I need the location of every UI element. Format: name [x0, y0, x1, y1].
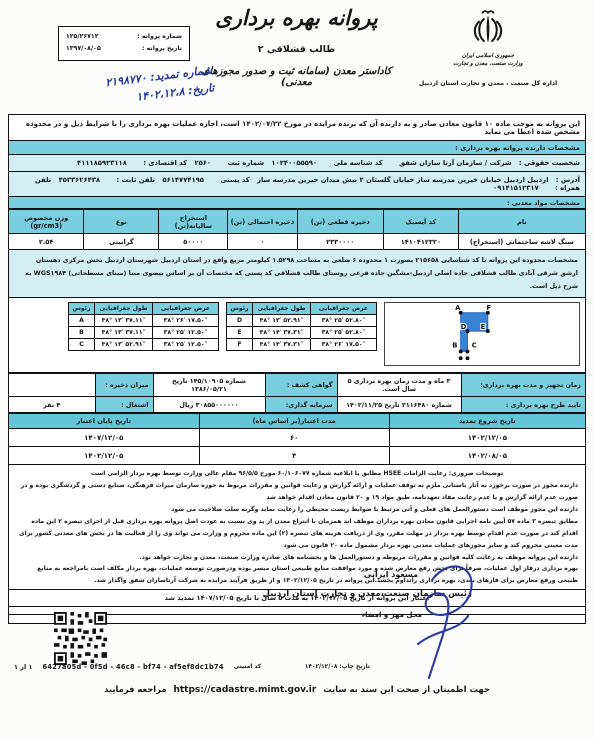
mineral-type: گرانیتی [84, 234, 159, 250]
verification-line: جهت اطمینان از صحت این سند به سایت https… [0, 684, 594, 695]
renewal-end-header: تاریخ پایان اعتبار [9, 414, 199, 429]
employment-value: ۴ نفر [9, 397, 95, 413]
coord-row-f: ۳۸° ۲۶′ ۱۷.۵۰″ ۴۸° ۱۴′ ۳۷.۳۱″ F [227, 339, 377, 351]
discovery-cert-label: گواهی کشف : [265, 374, 337, 397]
page-number: ۱ از ۱ [14, 663, 32, 671]
vertex-label-a: A [455, 304, 461, 312]
c-vertex: C [69, 339, 95, 351]
mine-name: طالب قشلاقی ۲ [199, 44, 394, 55]
col-type: نوع [84, 210, 159, 234]
investment-label: سرمایه گذاری: [265, 397, 337, 413]
license-body: این پروانه به موجب ماده ۱۰ قانون معادن ص… [8, 114, 586, 624]
boundary-map: A F D E B C [384, 302, 580, 366]
details-row-1: زمان تجهیز و مدت بهره برداری: ۳ ماه و مد… [9, 374, 585, 397]
equip-duration-label: زمان تجهیز و مدت بهره برداری: [461, 374, 585, 397]
mineral-isic: ۱۴۱۰۴۱۲۳۲۰ [383, 234, 458, 250]
def-vertex-header: رئوس [227, 303, 253, 315]
vertex-label-b: B [452, 342, 457, 350]
national-id-value: ۱۰۲۴۰۰۵۵۵۹۰ [271, 159, 317, 167]
note-article57: مطابق تبصره ۳ ماده ۵۷ آیین نامه اجرایی ق… [16, 516, 578, 552]
mobile-value: ۰۹۱۴۱۵۱۲۳۱۷ [493, 184, 539, 192]
coordinates-section: A F D E B C عرض جغرافیایی طول جغرافیایی … [9, 298, 585, 373]
economic-code-value: ۴۱۱۱۸۵۹۲۳۱۱۸ [77, 159, 127, 167]
coordinates-table-def: عرض جغرافیایی طول جغرافیایی رئوس ۳۸° ۲۵′… [226, 302, 377, 351]
b-lon: ۴۸° ۱۳′ ۳۷.۱۱″ [95, 327, 153, 339]
note-environment: دارنده این مجوز موظف است دستورالعمل های … [16, 504, 578, 516]
license-number-value: ۱۲۵/۲۶۷۱۲ [66, 31, 98, 43]
a-lat: ۳۸° ۲۶′ ۱۷.۵۰″ [153, 315, 219, 327]
def-lat-header: عرض جغرافیایی [311, 303, 377, 315]
holder-section-band: مشخصات دارنده پروانه بهره برداری : [9, 141, 585, 155]
company-name: شرکت / سازمان آرتا سازان شفق [399, 159, 511, 167]
area-description: مشخصات محدوده این پروانه با کد شناسایی ۲… [9, 250, 585, 298]
col-proven-reserve: ذخیره قطعی (تن) [297, 210, 383, 234]
mineral-density: ۲.۵۴ [9, 234, 84, 250]
renewal1-months: ۶۰ [199, 429, 389, 447]
col-mineral-name: نام [458, 210, 585, 234]
gov-ministry-line: وزارت صنعت، معدن و تجارت [410, 60, 566, 68]
address-value: اردبیل اردبیل خیابان خیرین مدرسه ساز خیا… [257, 176, 548, 184]
renewal2-start: ۱۴۰۲/۰۸/۰۵ [389, 447, 585, 465]
f-vertex: F [227, 339, 253, 351]
gov-country-line: جمهوری اسلامی ایران [410, 52, 566, 60]
economic-code-label: کد اقتصادی : [143, 159, 187, 167]
qr-code [54, 612, 107, 665]
c-lat: ۳۸° ۲۵′ ۱۲.۵۰″ [153, 339, 219, 351]
coord-row-b: ۳۸° ۲۵′ ۱۲.۵۰″ ۴۸° ۱۳′ ۳۷.۱۱″ B [69, 327, 219, 339]
verify-text-pre: جهت اطمینان از صحت این سند به سایت [323, 684, 490, 694]
holder-legal-row: شخصیت حقوقی : شرکت / سازمان آرتا سازان ش… [9, 155, 585, 172]
postal-value: ۵۶۱۴۷۷۴۱۹۵ [162, 176, 204, 184]
note-hsee: توضیحات ضروری: رعایت الزامات HSEE مطابق … [16, 468, 578, 480]
security-code-label: کد امنیتی [234, 664, 261, 670]
renewal-row-1: ۱۴۰۲/۱۲/۰۵ ۶۰ ۱۴۰۷/۱۲/۰۵ [9, 429, 585, 447]
phone-value: ۴۵۳۳۶۲۶۴۳۸ [59, 176, 101, 184]
employment-label: اشتغال : [95, 397, 153, 413]
national-id-label: کد شناسه ملی [333, 159, 382, 167]
handwritten-renewal-note: شماره تمدید: ۲۱۹۸۷۷۰ تاریخ: ۱۴۰۲،۱۲،۸ [3, 61, 216, 122]
mineral-row: سنگ لاشه ساختمانی (استخراج) ۱۴۱۰۴۱۲۳۲۰ ۲… [9, 234, 585, 250]
a-lon: ۴۸° ۱۳′ ۳۷.۱۱″ [95, 315, 153, 327]
e-lon: ۴۸° ۱۴′ ۳۷.۳۱″ [253, 327, 311, 339]
vertex-label-e: E [481, 324, 486, 332]
discovery-cert-value: شماره ۱۴۵/۱۰۹۰۵ تاریخ ۱۳۸۶/۰۵/۲۱ [153, 374, 265, 397]
coord-row-e: ۳۸° ۲۵′ ۵۲.۸۰″ ۴۸° ۱۴′ ۳۷.۳۱″ E [227, 327, 377, 339]
renewal2-end: ۱۴۰۲/۱۲/۰۵ [9, 447, 199, 465]
vertex-label-d: D [461, 324, 467, 332]
license-number-label: شماره پروانه : [137, 31, 182, 43]
col-annual-extraction: استخراج سالیانه(تن) [159, 210, 228, 234]
renewal1-end: ۱۴۰۷/۱۲/۰۵ [9, 429, 199, 447]
renewal-row-2: ۱۴۰۲/۰۸/۰۵ ۴ ۱۴۰۲/۱۲/۰۵ [9, 447, 585, 465]
d-vertex: D [227, 315, 253, 327]
renewal2-months: ۴ [199, 447, 389, 465]
vertex-label-c: C [472, 342, 477, 350]
d-lon: ۴۸° ۱۳′ ۵۲.۹۱″ [253, 315, 311, 327]
renewal-duration-header: مدت اعتبار(بر اساس ماه) [199, 414, 389, 429]
d-lat: ۳۸° ۲۵′ ۵۲.۸۰″ [311, 315, 377, 327]
postal-label: کد پستی [220, 176, 249, 184]
abc-lat-header: عرض جغرافیایی [153, 303, 219, 315]
verify-text-post: مراجعه فرمایید [104, 684, 166, 694]
handwritten-signature [390, 550, 482, 682]
holder-address-row: آدرس : اردبیل اردبیل خیابان خیرین مدرسه … [9, 172, 585, 197]
details-row-2: تایید طرح بهره برداری : شماره ۲۱۱۶۴۸۰ تا… [9, 397, 585, 413]
verify-url: https://cadastre.mimt.gov.ir [173, 685, 316, 695]
mining-license-document: جمهوری اسلامی ایران وزارت صنعت، معدن و ت… [0, 0, 594, 740]
registration-value: ۲۵۶۰ [194, 159, 211, 167]
renewal-start-header: تاریخ شروع تمدید [389, 414, 585, 429]
e-lat: ۳۸° ۲۵′ ۵۲.۸۰″ [311, 327, 377, 339]
b-lat: ۳۸° ۲۵′ ۱۲.۵۰″ [153, 327, 219, 339]
phone-label: تلفن ثابت : [116, 176, 155, 184]
document-title: پروانه بهره برداری [199, 6, 394, 30]
col-isic-code: کد آیسیک [383, 210, 458, 234]
equip-duration-value: ۳ ماه و مدت زمان بهره برداری ۵ سال است. [337, 374, 461, 397]
document-header: جمهوری اسلامی ایران وزارت صنعت، معدن و ت… [0, 0, 594, 114]
coord-row-d: ۳۸° ۲۵′ ۵۲.۸۰″ ۴۸° ۱۳′ ۵۲.۹۱″ D [227, 315, 377, 327]
intro-clause: این پروانه به موجب ماده ۱۰ قانون معادن ص… [9, 115, 585, 141]
license-date-value: ۱۳۹۷/۰۸/۰۵ [66, 43, 101, 55]
license-date-label: تاریخ پروانه : [142, 43, 182, 55]
registration-label: شماره ثبت [227, 159, 264, 167]
gov-office-line: اداره کل صنعت ، معدن و تجارت استان اردبی… [410, 80, 566, 87]
def-lon-header: طول جغرافیایی [253, 303, 311, 315]
legal-entity-label: شخصیت حقوقی : [519, 159, 580, 167]
vertex-label-f: F [486, 304, 491, 312]
abc-lon-header: طول جغرافیایی [95, 303, 153, 315]
c-lon: ۴۸° ۱۳′ ۵۲.۹۱″ [95, 339, 153, 351]
coord-row-a: ۳۸° ۲۶′ ۱۷.۵۰″ ۴۸° ۱۳′ ۳۷.۱۱″ A [69, 315, 219, 327]
reserve-amount-value [9, 374, 95, 397]
plan-approval-value: شماره ۲۱۱۶۴۸۰ تاریخ ۱۴۰۲/۱۱/۲۵ [337, 397, 461, 413]
col-probable-reserve: ذخیره احتمالی (تن) [228, 210, 297, 234]
mineral-proven: ۲۳۳۰۰۰۰ [297, 234, 383, 250]
f-lat: ۳۸° ۲۶′ ۱۷.۵۰″ [311, 339, 377, 351]
coord-row-c: ۳۸° ۲۵′ ۱۲.۵۰″ ۴۸° ۱۳′ ۵۲.۹۱″ C [69, 339, 219, 351]
mineral-probable: ۰ [228, 234, 297, 250]
renewal1-start: ۱۴۰۲/۱۲/۰۵ [389, 429, 585, 447]
iran-emblem-icon [466, 8, 510, 52]
print-date: تاریخ چاپ: ۱۴۰۲/۱۲/۰۸ [305, 664, 370, 670]
col-density: وزن مخصوص (gr/cm3) [9, 210, 84, 234]
a-vertex: A [69, 315, 95, 327]
mineral-annual: ۵۰۰۰۰ [159, 234, 228, 250]
renewal-header-row: تاریخ شروع تمدید مدت اعتبار(بر اساس ماه)… [9, 414, 585, 429]
government-block: جمهوری اسلامی ایران وزارت صنعت، معدن و ت… [410, 8, 566, 87]
b-vertex: B [69, 327, 95, 339]
title-block: پروانه بهره برداری طالب قشلاقی ۲ کاداستر… [199, 6, 394, 88]
renewal-table: تاریخ شروع تمدید مدت اعتبار(بر اساس ماه)… [9, 413, 585, 465]
cadastre-system-line: کاداستر معدن (سامانه ثبت و صدور مجوزهای … [199, 66, 394, 88]
plan-approval-label: تایید طرح بهره برداری : [461, 397, 585, 413]
minerals-section-band: مشخصات مواد معدنی : [9, 197, 585, 209]
abc-vertex-header: رئوس [69, 303, 95, 315]
e-vertex: E [227, 327, 253, 339]
security-row: ۱ از ۱ 6427a05d - 0f5d - 46c8 - bf74 - a… [14, 663, 261, 671]
license-number-row: شماره پروانه : ۱۲۵/۲۶۷۱۲ [66, 31, 182, 43]
address-label: آدرس : [556, 176, 580, 184]
investment-value: ۳۰۸۵۵۰۰۰۰۰۰ ریال [153, 397, 265, 413]
minerals-header-row: نام کد آیسیک ذخیره قطعی (تن) ذخیره احتما… [9, 210, 585, 234]
license-number-box: شماره پروانه : ۱۲۵/۲۶۷۱۲ تاریخ پروانه : … [58, 26, 190, 61]
security-code-value: 6427a05d - 0f5d - 46c8 - bf74 - af5ef8dc… [42, 663, 223, 671]
details-table: زمان تجهیز و مدت بهره برداری: ۳ ماه و مد… [9, 373, 585, 413]
coordinates-table-abc: عرض جغرافیایی طول جغرافیایی رئوس ۳۸° ۲۶′… [68, 302, 219, 351]
signature-footer-area: مسعود ایرانی رئیس سازمان صنعت،معدن و تجا… [0, 558, 594, 740]
note-heritage: دارنده مجوز در صورت برخورد به آثار باستا… [16, 480, 578, 504]
reserve-amount-label: میزان ذخیره : [95, 374, 153, 397]
mineral-name: سنگ لاشه ساختمانی (استخراج) [458, 234, 585, 250]
license-date-row: تاریخ پروانه : ۱۳۹۷/۰۸/۰۵ [66, 43, 182, 55]
f-lon: ۴۸° ۱۴′ ۳۷.۳۱″ [253, 339, 311, 351]
minerals-table: نام کد آیسیک ذخیره قطعی (تن) ذخیره احتما… [9, 209, 585, 250]
